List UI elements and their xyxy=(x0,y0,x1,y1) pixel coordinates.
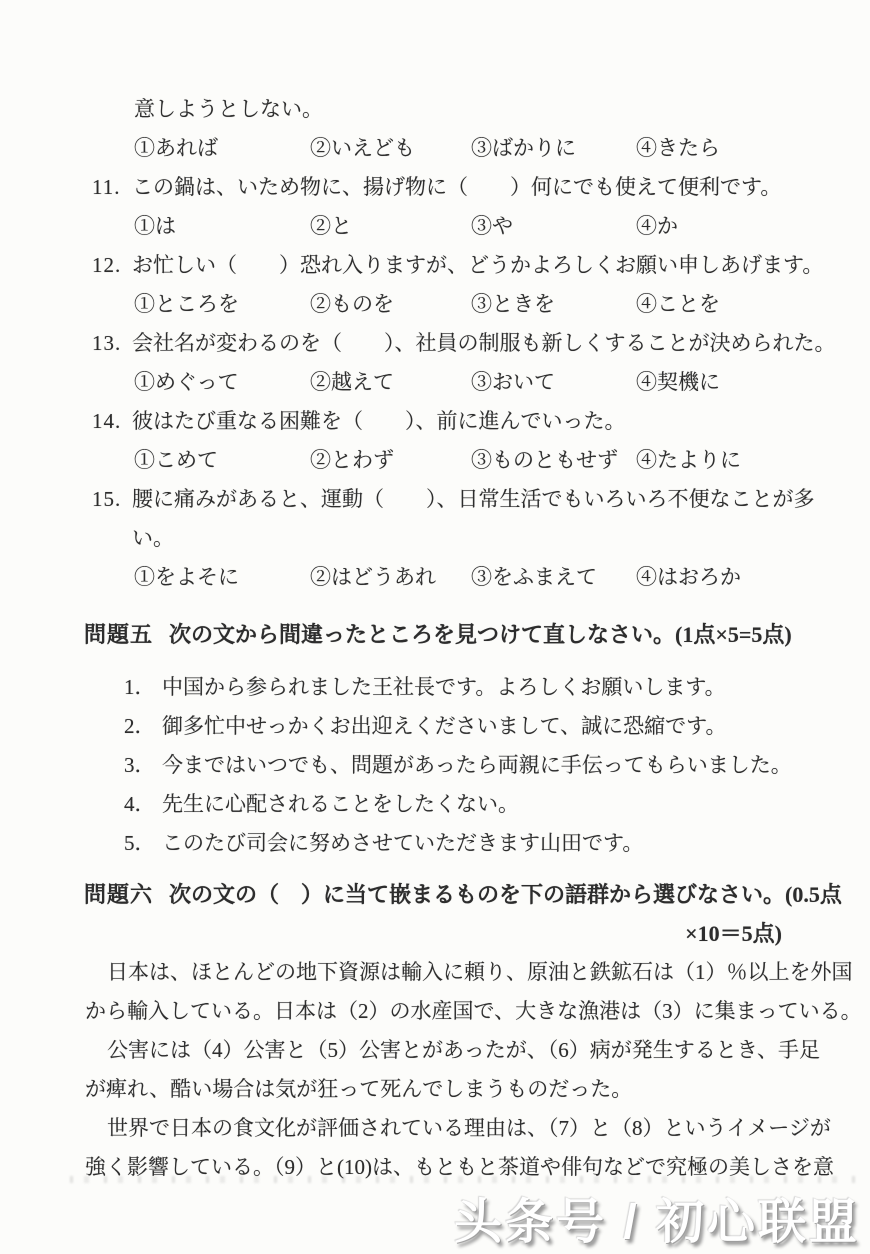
option-4: ④たよりに xyxy=(636,441,870,480)
option-2: ②と xyxy=(310,207,471,246)
option-3: ③おいて xyxy=(471,363,636,402)
question-15-text-line2: い。 xyxy=(0,519,870,558)
item-text: 御多忙中せっかくお出迎えくださいまして、誠に恐縮です。 xyxy=(162,714,726,738)
option-2: ②いえども xyxy=(310,129,471,168)
question-text: この鍋は、いため物に、揚げ物に（ ）何にでも使えて便利です。 xyxy=(132,175,781,199)
page-content: 意しようとしない。 ①あれば ②いえども ③ばかりに ④きたら 11.この鍋は、… xyxy=(0,90,870,1187)
question-12: 12.お忙しい（ ）恐れ入りますが、どうかよろしくお願い申しあげます。 xyxy=(0,246,870,285)
option-2: ②はどうあれ xyxy=(310,558,471,597)
section5-item-2: 2．御多忙中せっかくお出迎えくださいまして、誠に恐縮です。 xyxy=(0,707,870,746)
question-text: 彼はたび重なる困難を（ ）、前に進んでいった。 xyxy=(132,409,626,433)
option-1: ①をよそに xyxy=(134,558,310,597)
item-text: 先生に心配されることをしたくない。 xyxy=(162,792,519,816)
item-number: 1． xyxy=(124,668,162,707)
option-4: ④か xyxy=(636,207,870,246)
item-number: 5． xyxy=(124,824,162,863)
section6-instruction-line1: 次の文の（ ）に当て嵌まるものを下の語群から選びなさい。(0.5点 xyxy=(169,882,842,907)
question-15-options: ①をよそに ②はどうあれ ③をふまえて ④はおろか xyxy=(0,558,870,597)
item-text: 今まではいつでも、問題があったら両親に手伝ってもらいました。 xyxy=(162,753,792,777)
question-number: 11. xyxy=(92,168,132,207)
question-text-line1: 腰に痛みがあると、運動（ ）、日常生活でもいろいろ不便なことが多 xyxy=(132,487,815,511)
section5-item-4: 4．先生に心配されることをしたくない。 xyxy=(0,785,870,824)
question-11-options: ①は ②と ③や ④か xyxy=(0,207,870,246)
section5-item-5: 5．このたび司会に努めさせていただきます山田です。 xyxy=(0,824,870,863)
option-4: ④契機に xyxy=(636,363,870,402)
item-text: このたび司会に努めさせていただきます山田です。 xyxy=(162,831,643,855)
option-2: ②ものを xyxy=(310,285,471,324)
section6-title: 問題六 xyxy=(84,882,153,907)
option-3: ③や xyxy=(471,207,636,246)
option-1: ①めぐって xyxy=(134,363,310,402)
option-1: ①ところを xyxy=(134,285,310,324)
option-3: ③ものともせず xyxy=(471,441,636,480)
section6-paragraph-line: 世界で日本の食文化が評価されている理由は、（7）と（8）というイメージが xyxy=(0,1109,870,1148)
item-number: 4． xyxy=(124,785,162,824)
question-15: 15.腰に痛みがあると、運動（ ）、日常生活でもいろいろ不便なことが多 xyxy=(0,480,870,519)
option-4: ④きたら xyxy=(636,129,870,168)
option-4: ④ことを xyxy=(636,285,870,324)
question-11: 11.この鍋は、いため物に、揚げ物に（ ）何にでも使えて便利です。 xyxy=(0,168,870,207)
cutoff-text-remnant xyxy=(70,1176,858,1183)
question-number: 13. xyxy=(92,324,132,363)
section6-instruction-line2: ×10＝5点) xyxy=(0,914,870,953)
question-text: 会社名が変わるのを（ ）、社員の制服も新しくすることが決められた。 xyxy=(132,331,836,355)
question-10-options: ①あれば ②いえども ③ばかりに ④きたら xyxy=(0,129,870,168)
item-number: 3． xyxy=(124,746,162,785)
question-14: 14.彼はたび重なる困難を（ ）、前に進んでいった。 xyxy=(0,402,870,441)
option-3: ③ときを xyxy=(471,285,636,324)
item-number: 2． xyxy=(124,707,162,746)
option-4: ④はおろか xyxy=(636,558,870,597)
question-number: 15. xyxy=(92,480,132,519)
question-13: 13.会社名が変わるのを（ ）、社員の制服も新しくすることが決められた。 xyxy=(0,324,870,363)
option-1: ①こめて xyxy=(134,441,310,480)
section6-paragraph-line: 公害には（4）公害と（5）公害とがあったが、（6）病が発生するとき、手足 xyxy=(0,1031,870,1070)
section6-paragraph-line: から輸入している。日本は（2）の水産国で、大きな漁港は（3）に集まっている。 xyxy=(0,992,870,1031)
option-1: ①は xyxy=(134,207,310,246)
option-3: ③をふまえて xyxy=(471,558,636,597)
question-number: 12. xyxy=(92,246,132,285)
section6-heading: 問題六次の文の（ ）に当て嵌まるものを下の語群から選びなさい。(0.5点 xyxy=(0,875,870,914)
option-3: ③ばかりに xyxy=(471,129,636,168)
watermark-text: 头条号 / 初心联盟 xyxy=(454,1183,860,1252)
option-1: ①あれば xyxy=(134,129,310,168)
section5-heading: 問題五次の文から間違ったところを見つけて直しなさい。(1点×5=5点) xyxy=(0,615,870,654)
question-12-options: ①ところを ②ものを ③ときを ④ことを xyxy=(0,285,870,324)
scanned-test-page: 意しようとしない。 ①あれば ②いえども ③ばかりに ④きたら 11.この鍋は、… xyxy=(0,0,870,1254)
section5-item-1: 1．中国から参られました王社長です。よろしくお願いします。 xyxy=(0,668,870,707)
section5-item-3: 3．今まではいつでも、問題があったら両親に手伝ってもらいました。 xyxy=(0,746,870,785)
question-14-options: ①こめて ②とわず ③ものともせず ④たよりに xyxy=(0,441,870,480)
question-number: 14. xyxy=(92,402,132,441)
section6-paragraph-line: 日本は、ほとんどの地下資源は輸入に頼り、原油と鉄鉱石は（1）％以上を外国 xyxy=(0,953,870,992)
question-13-options: ①めぐって ②越えて ③おいて ④契機に xyxy=(0,363,870,402)
question-text: お忙しい（ ）恐れ入りますが、どうかよろしくお願い申しあげます。 xyxy=(132,253,823,277)
section5-title: 問題五 xyxy=(84,622,153,647)
section6-paragraph-line: が痺れ、酷い場合は気が狂って死んでしまうものだった。 xyxy=(0,1070,870,1109)
section5-instruction: 次の文から間違ったところを見つけて直しなさい。(1点×5=5点) xyxy=(169,622,792,647)
question-10-tail-text: 意しようとしない。 xyxy=(0,90,870,129)
item-text: 中国から参られました王社長です。よろしくお願いします。 xyxy=(162,675,726,699)
option-2: ②とわず xyxy=(310,441,471,480)
option-2: ②越えて xyxy=(310,363,471,402)
